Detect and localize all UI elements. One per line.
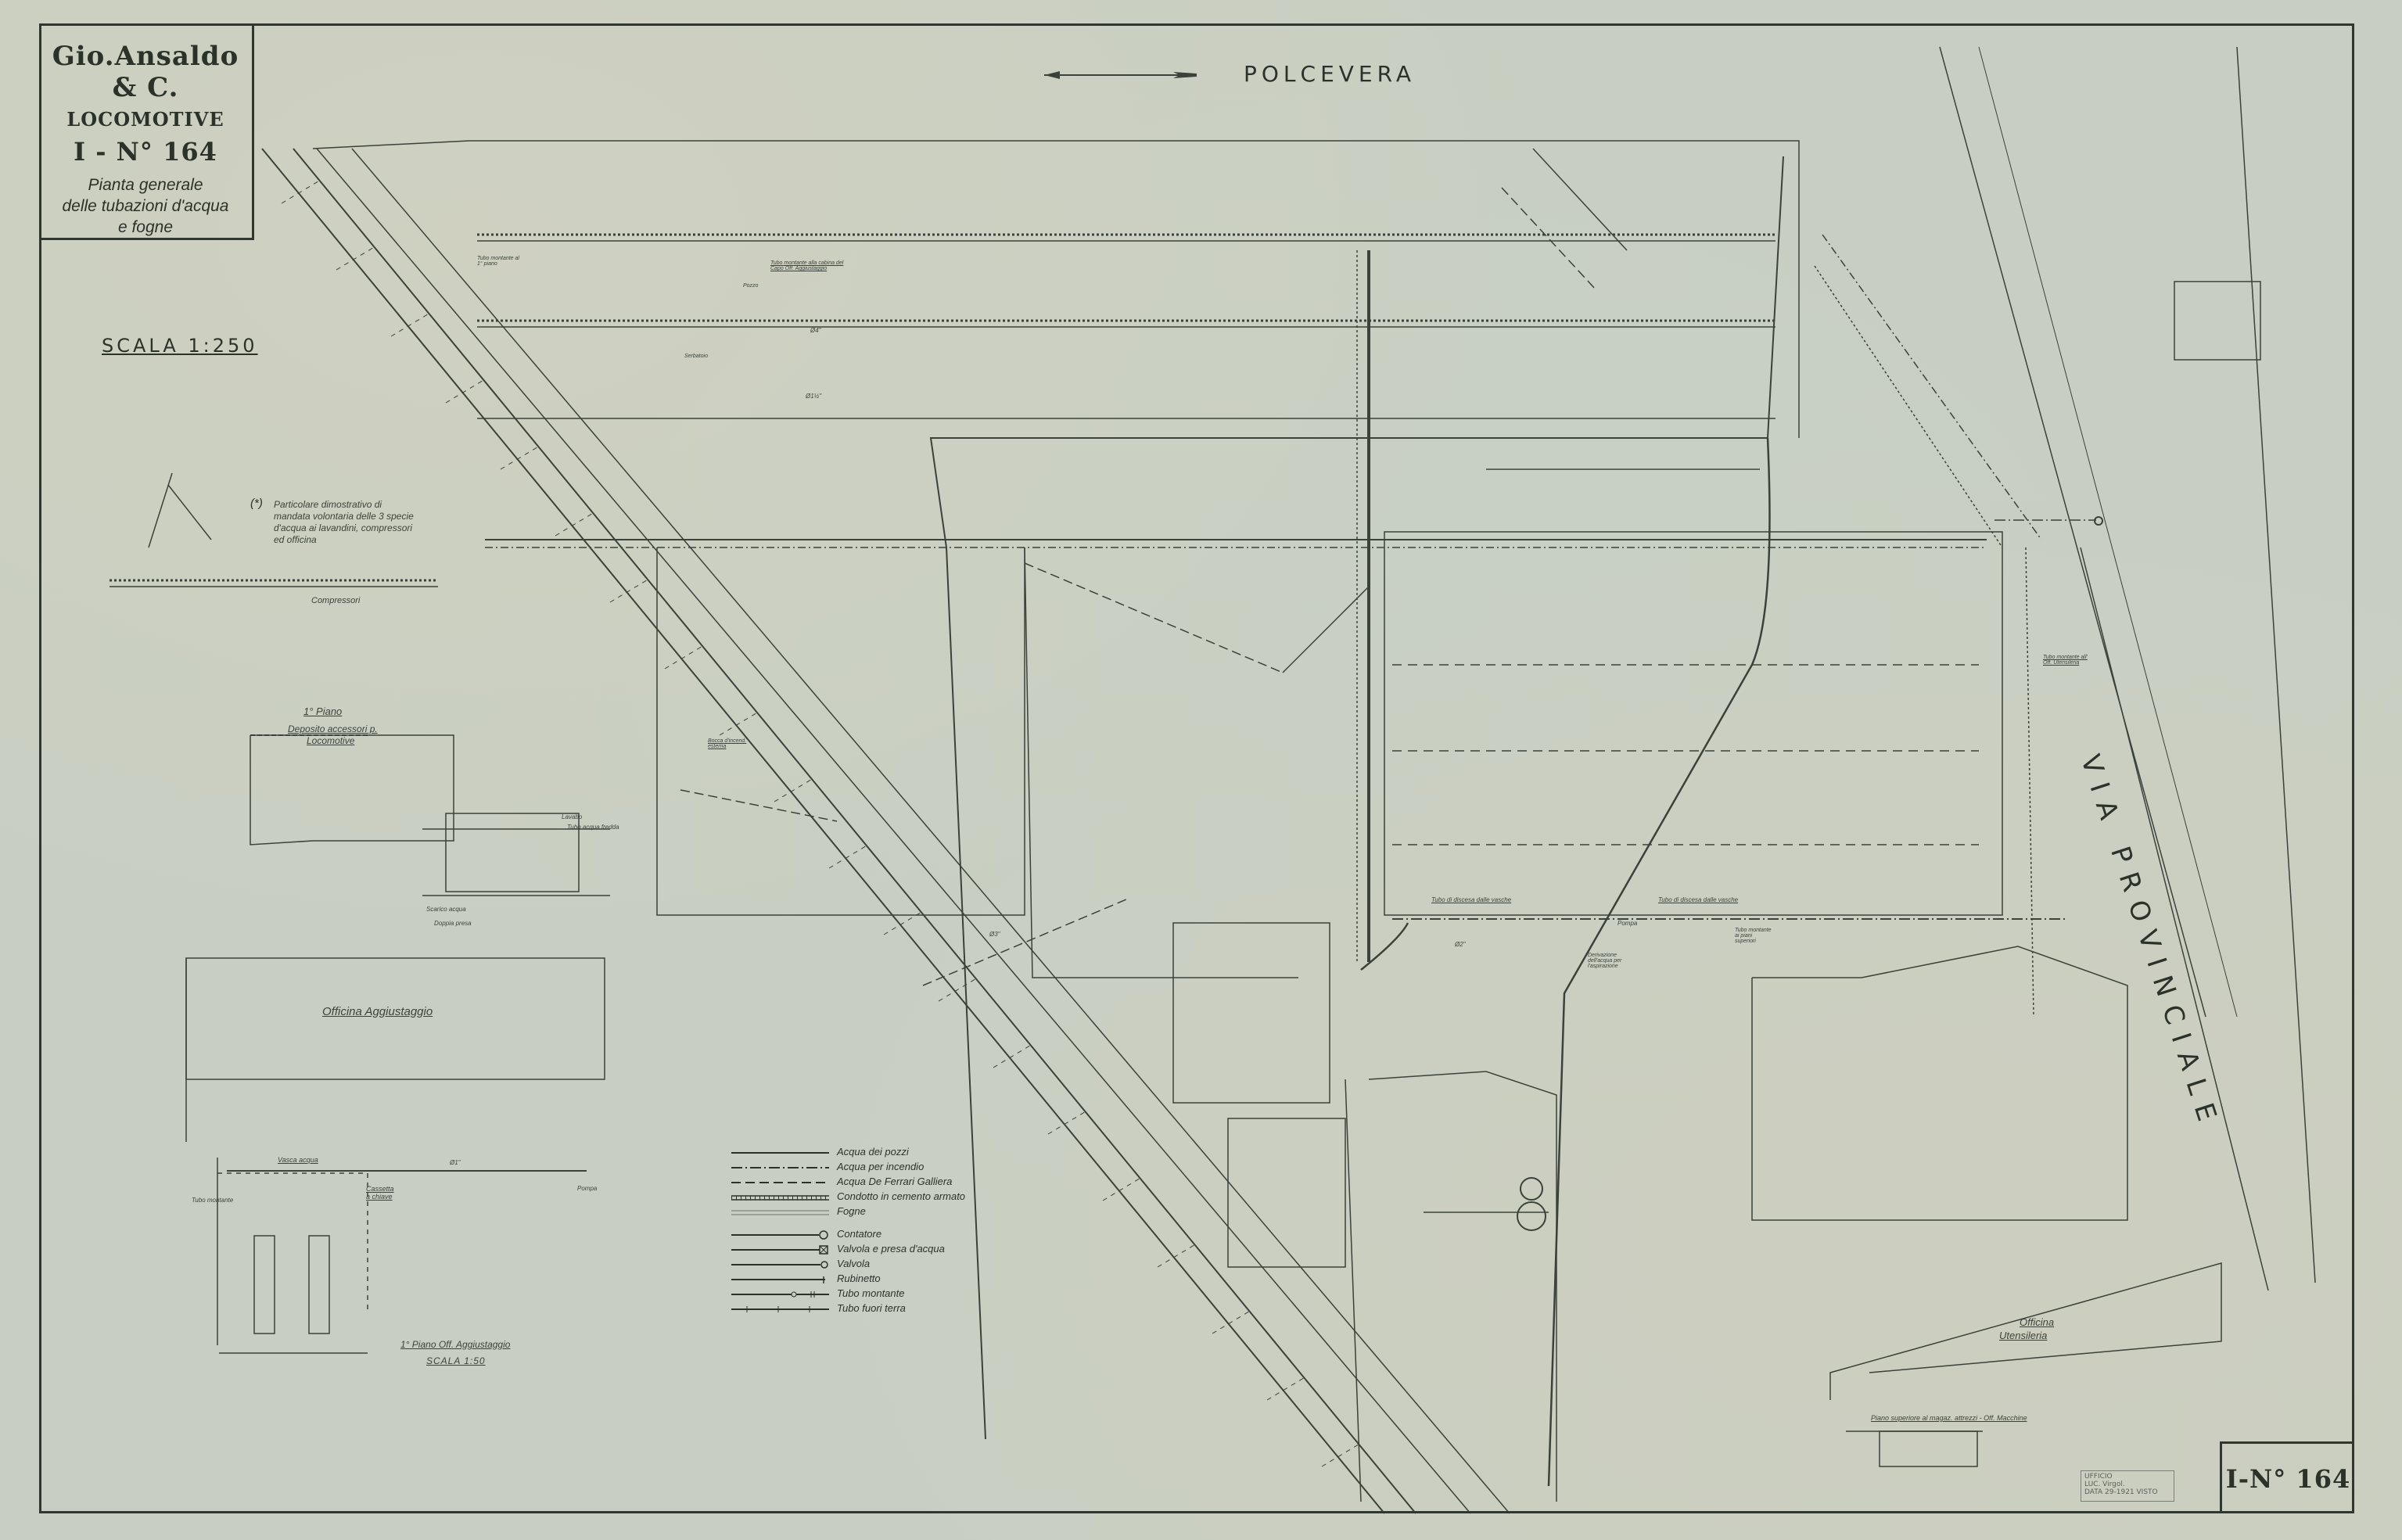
section-label-tubo: Tubo acqua fredda [567,824,619,831]
above-ground-icon [731,1304,829,1315]
note-text: Particolare dimostrativo di mandata volo… [274,499,414,546]
corner-document-number: I-N° 164 [2220,1441,2354,1513]
section-label-doppia: Doppia presa [434,920,472,927]
vasca-acqua-label: Vasca acqua [278,1156,318,1164]
valve-icon [731,1259,829,1270]
pozzo-label: Pozzo [743,283,758,289]
riser-icon [731,1289,829,1300]
tubo-montante-cupa-label: Tubo montante alla cabina del Capo Off. … [770,260,856,271]
legend-item: Rubinetto [731,1273,989,1287]
description-line-3: e fogne [39,217,252,238]
tubo-montante-magaz-label: Tubo montante ai piani superiori [1735,928,1774,944]
title-block: Gio.Ansaldo & C. LOCOMOTIVE I - N° 164 P… [39,23,254,240]
double-hatched-line-icon [731,1192,829,1203]
legend-item: Valvola [731,1258,989,1273]
pompa-detail-label: Pompa [577,1185,597,1192]
legend-item: Fogne [731,1205,989,1220]
tubo-discesa-label-2: Tubo di discesa dalle vasche [1658,896,1738,903]
tubo-montante-primo-label: Tubo montante al 1° piano [477,256,524,267]
dash-dot-line-icon [731,1162,829,1173]
drawing-border-frame [39,23,2354,1513]
legend-item: Acqua dei pozzi [731,1146,989,1161]
document-number: I - N° 164 [39,137,252,167]
legend: Acqua dei pozzi Acqua per incendio Acqua… [731,1146,989,1317]
pipe-2-label: Ø2" [1455,941,1466,948]
valve-hydrant-icon [731,1244,829,1255]
pipe-3-label: Ø3" [989,931,1000,938]
pompa-plan-label: Pompa [1617,920,1637,927]
description-line-1: Pianta generale [39,174,252,196]
bocca-incendio-label: Bocca d'incend. esterna [708,738,755,749]
legend-item: Acqua De Ferrari Galliera [731,1176,989,1190]
pipe-size-detail: Ø1" [450,1159,461,1166]
deposito-line-2: Locomotive [307,735,354,746]
utensileria-label-2: Utensileria [1999,1330,2047,1341]
approval-stamp: UFFICIO LUC. Virgol. DATA 29-1921 VISTO [2081,1470,2174,1502]
officina-aggiustaggio-label: Officina Aggiustaggio [322,1005,433,1018]
pipe-4-label: Ø4" [810,327,821,334]
serbatoio-label: Serbatoio [684,354,708,359]
solid-line-icon [731,1147,829,1158]
legend-item: Acqua per incendio [731,1161,989,1176]
tubo-discesa-label-1: Tubo di discesa dalle vasche [1431,896,1511,903]
tap-icon [731,1274,829,1285]
primo-piano-off-label: 1° Piano Off. Aggiustaggio [400,1339,510,1350]
legend-item: Tubo fuori terra [731,1302,989,1317]
description-line-2: delle tubazioni d'acqua [39,196,252,217]
legend-item: Tubo montante [731,1287,989,1302]
deposito-line-1: Deposito accessori p. [288,723,378,734]
polcevera-label: POLCEVERA [1244,61,1416,87]
primo-piano-label: 1° Piano [303,705,342,717]
tubo-montante-detail-label: Tubo montante [192,1197,233,1204]
dashed-line-icon [731,1177,829,1188]
piano-superiore-label: Piano superiore al magaz. attrezzi - Off… [1871,1414,2027,1422]
cassetta-label: Cassetta a chiave [366,1185,397,1201]
company-name: Gio.Ansaldo & C. [39,41,252,103]
section-label-scarico: Scarico acqua [426,906,466,913]
drawing-sheet: Gio.Ansaldo & C. LOCOMOTIVE I - N° 164 P… [0,0,2402,1540]
tubo-montante-off-label: Tubo montante all' Off. Utensileria [2043,655,2090,666]
utensileria-label-1: Officina [2020,1316,2054,1328]
double-line-icon [731,1207,829,1218]
legend-item: Valvola e presa d'acqua [731,1243,989,1258]
pipe-1-5-label: Ø1½" [806,393,821,400]
note-marker: (*) [250,497,263,510]
scale-label: SCALA 1:250 [102,335,258,357]
legend-item: Condotto in cemento armato [731,1190,989,1205]
derivazione-label: Derivazione dell'acqua per l'aspirazione [1588,953,1635,969]
department-label: LOCOMOTIVE [39,108,252,131]
scala-detail-label: SCALA 1:50 [426,1355,486,1366]
compressori-label: Compressori [311,596,360,605]
legend-item: Contatore [731,1228,989,1243]
section-label-lavabo: Lavabo [562,813,582,820]
meter-icon [731,1229,829,1240]
